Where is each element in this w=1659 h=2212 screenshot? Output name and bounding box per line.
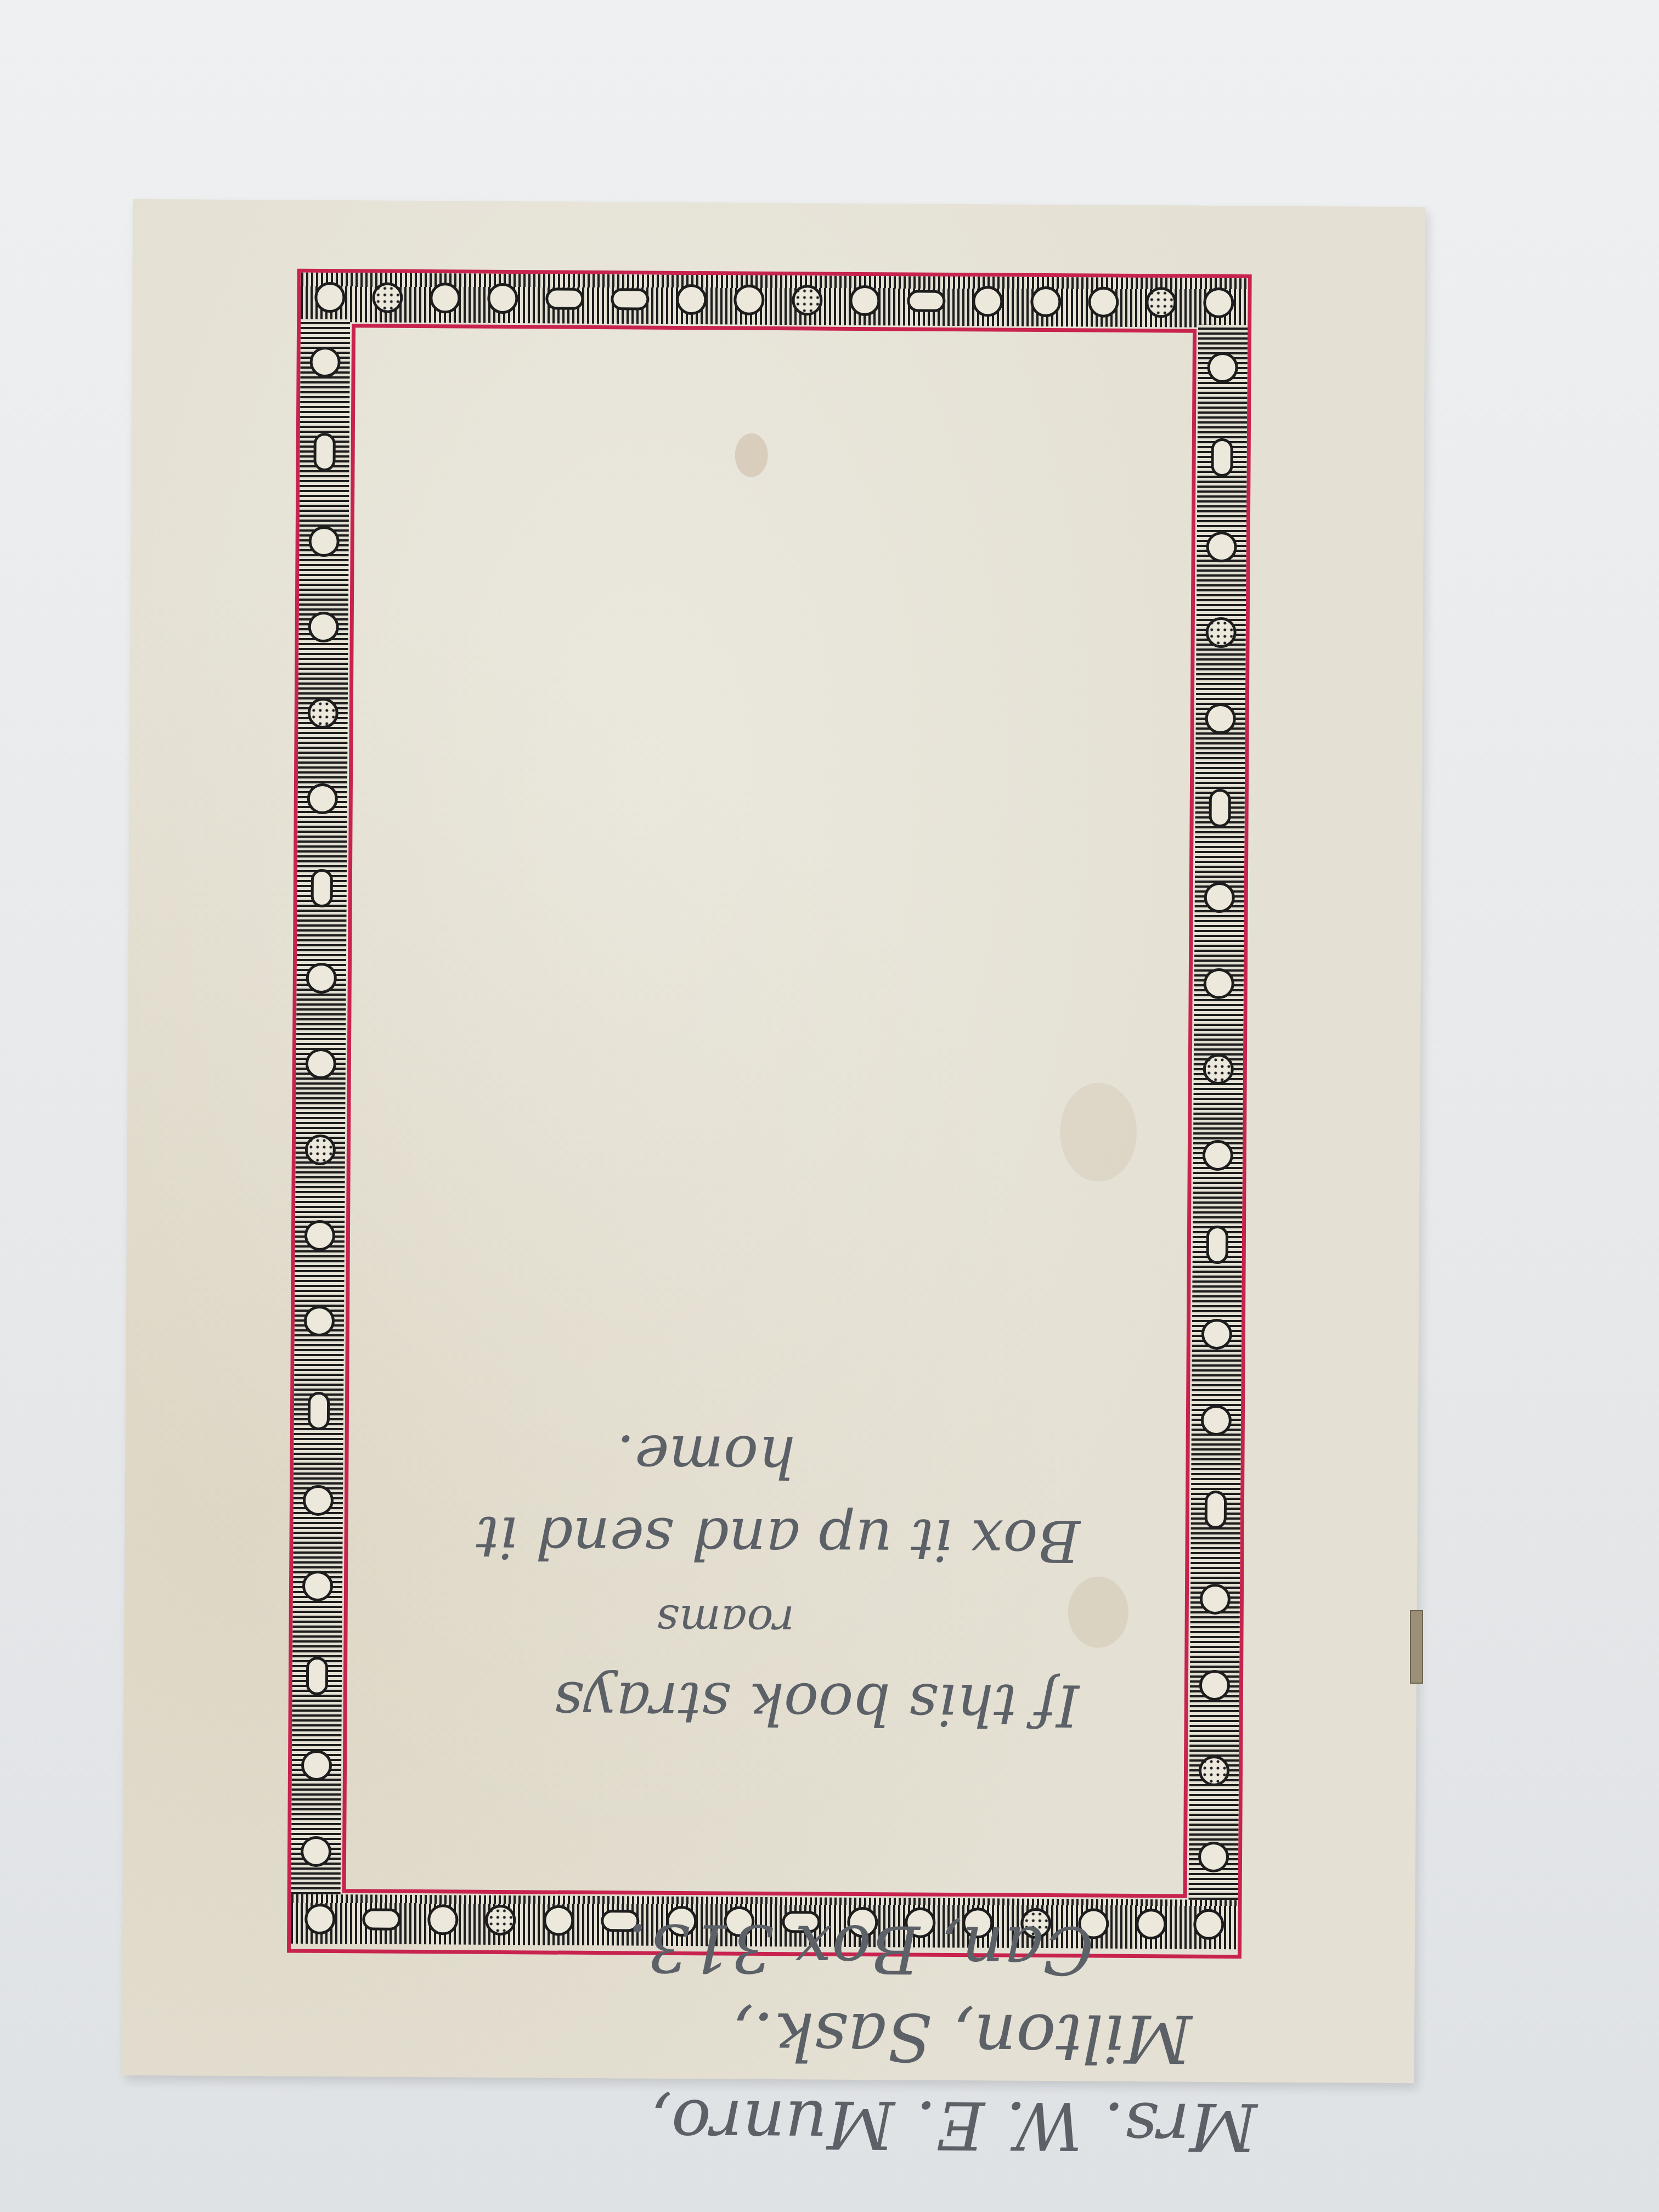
apple-icon: [1204, 968, 1234, 999]
grapes-icon: [1206, 617, 1237, 648]
grapes-icon: [792, 285, 822, 315]
grapes-icon: [1203, 1054, 1234, 1085]
address-line-2: Milton, Sask.,: [627, 1990, 1258, 2082]
grapes-icon: [1199, 1756, 1229, 1786]
leaf-icon: [1030, 286, 1061, 317]
apple-icon: [1200, 1584, 1231, 1615]
booklet-back-cover: If this book strays roams Box it up and …: [122, 199, 1426, 2083]
handwritten-note: If this book strays roams Box it up and …: [475, 1414, 1081, 1747]
pear-icon: [1198, 1841, 1229, 1872]
apple-icon: [314, 282, 345, 313]
pear-icon: [301, 1750, 332, 1781]
pear-icon: [1207, 352, 1238, 383]
apple-icon: [304, 1904, 335, 1934]
note-line-1: If this book strays: [475, 1661, 1079, 1747]
grapes-icon: [305, 1134, 336, 1165]
leaf-icon: [304, 1220, 335, 1251]
cherry-icon: [1204, 882, 1235, 913]
leaf-icon: [307, 783, 338, 814]
note-line-4: home.: [476, 1414, 1081, 1500]
leaf-icon: [1205, 703, 1236, 733]
cherry-icon: [427, 1904, 458, 1935]
leaf-icon: [430, 283, 460, 313]
banana-icon: [362, 1908, 400, 1930]
note-line-3: Box it up and send it: [476, 1496, 1080, 1582]
paper-stain: [735, 433, 768, 477]
grapes-icon: [1145, 287, 1176, 318]
apple-icon: [488, 283, 518, 314]
apple-icon: [543, 1905, 574, 1936]
apple-icon: [849, 285, 880, 316]
pear-icon: [1204, 287, 1234, 318]
pear-icon: [734, 285, 765, 315]
banana-icon: [545, 287, 584, 309]
banana-icon: [308, 1392, 330, 1430]
binding-staple: [1410, 1610, 1423, 1684]
banana-icon: [313, 432, 335, 471]
pickle-icon: [611, 288, 649, 310]
border-motifs-top: [301, 282, 1248, 319]
banana-icon: [907, 290, 945, 312]
pear-icon: [308, 526, 339, 557]
cherry-icon: [308, 612, 339, 642]
banana-icon: [1209, 789, 1231, 827]
pickle-icon: [311, 869, 333, 907]
paper-stain: [1060, 1082, 1137, 1182]
apple-icon: [301, 1836, 331, 1866]
cherry-icon: [973, 286, 1003, 317]
leaf-icon: [1199, 1670, 1230, 1701]
apple-icon: [1206, 532, 1237, 562]
grapes-icon: [486, 1905, 516, 1936]
grapes-icon: [308, 697, 338, 728]
apple-icon: [1201, 1319, 1232, 1350]
leaf-icon: [1203, 1139, 1233, 1170]
pickle-icon: [1206, 1226, 1228, 1264]
cherry-icon: [303, 1485, 334, 1516]
apple-icon: [309, 347, 340, 377]
apple-icon: [302, 1571, 333, 1601]
pear-icon: [306, 1048, 336, 1079]
apple-icon: [1088, 286, 1119, 317]
handwritten-address: Mrs. W. E. Munro, Milton, Sask., Can, Bo…: [626, 1903, 1259, 2170]
address-line-3: Can, Box 313.: [627, 1903, 1259, 1994]
pear-icon: [1201, 1404, 1232, 1435]
note-line-2: roams: [475, 1578, 1080, 1664]
apple-icon: [306, 963, 337, 994]
pickle-icon: [1211, 438, 1233, 476]
address-line-1: Mrs. W. E. Munro,: [626, 2078, 1257, 2170]
leaf-icon: [676, 284, 707, 315]
banana-icon: [1205, 1491, 1227, 1529]
grapes-icon: [372, 283, 403, 313]
pickle-icon: [306, 1657, 328, 1695]
apple-icon: [304, 1306, 335, 1336]
